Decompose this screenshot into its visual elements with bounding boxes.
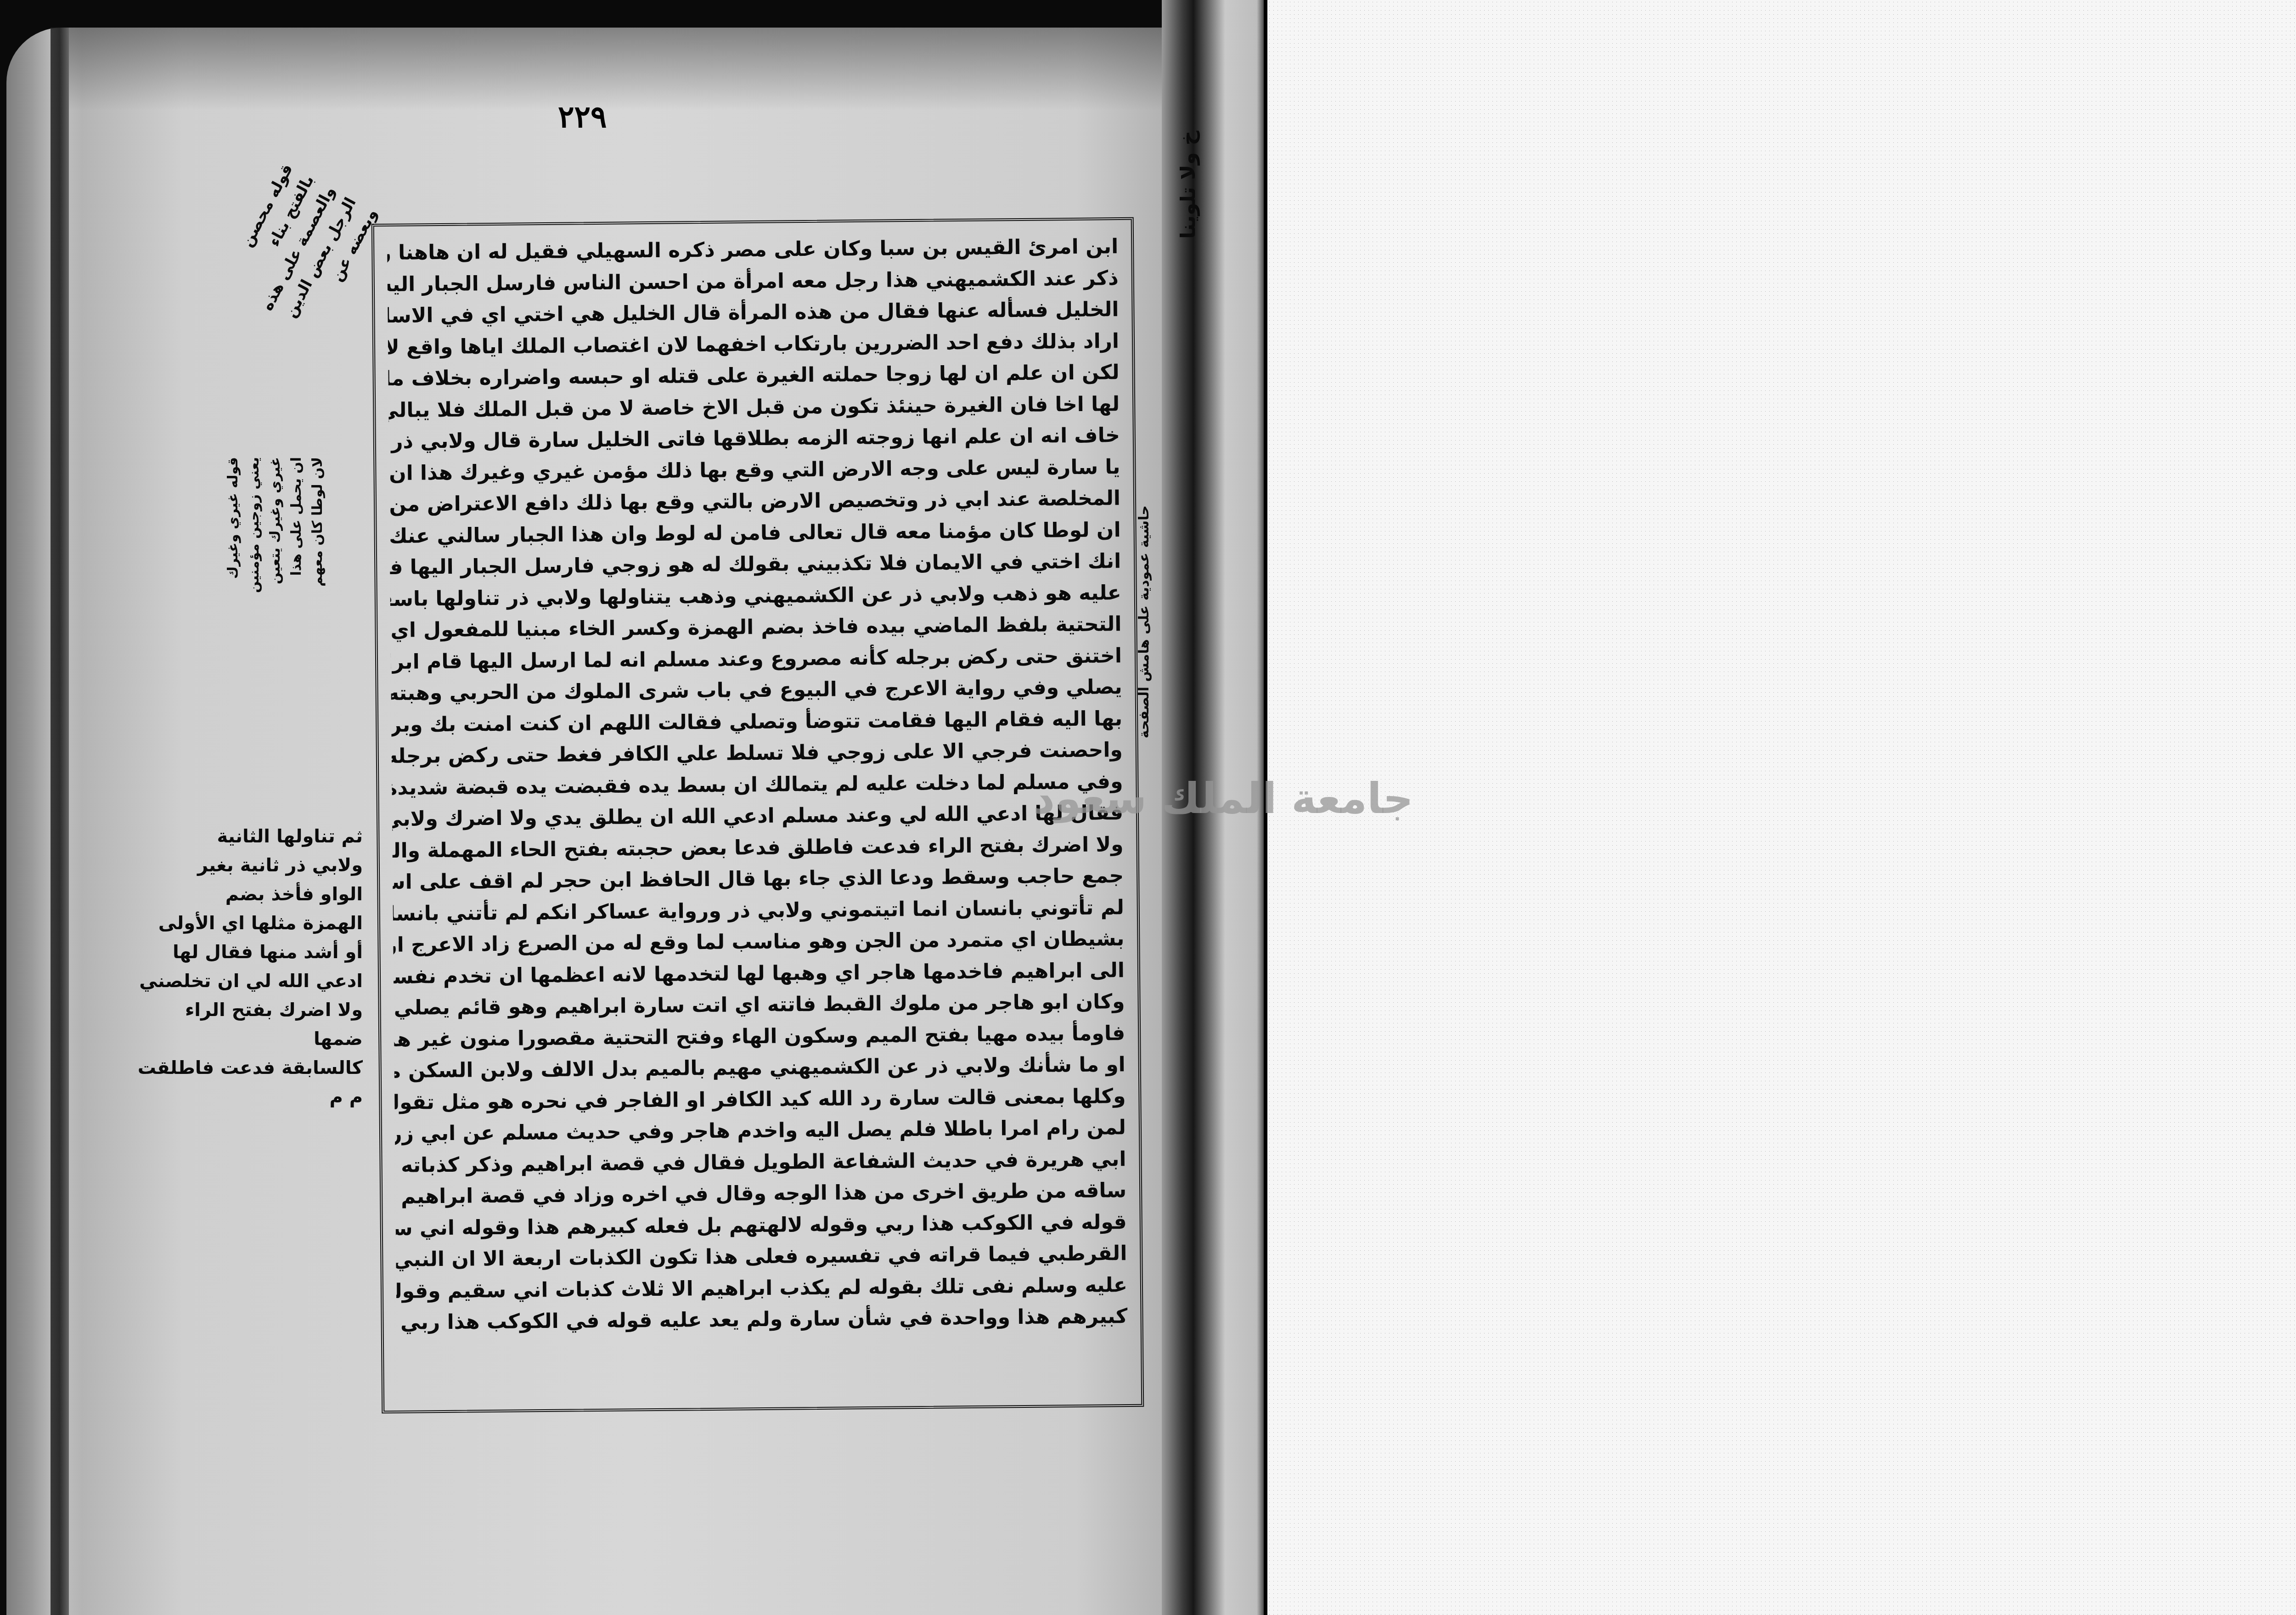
marginal-note-right-edge: حاشية عمودية على هامش الصفحة xyxy=(1134,505,1154,1378)
note-text: ولا تلوينا xyxy=(1176,152,1200,239)
text-line: كبيرهم هذا وواحدة في شأن سارة ولم يعد عل… xyxy=(396,1301,1128,1338)
note-line: أو أشد منها فقال لها xyxy=(133,938,363,967)
note-superscript: خ xyxy=(1176,130,1200,145)
page-number: ٢٢٩ xyxy=(558,99,607,135)
note-line: الواو فأخذ بضم xyxy=(133,880,363,909)
text-line: القرطبي فيما قراته في تفسيره فعلى هذا تك… xyxy=(396,1238,1127,1276)
blank-right-page xyxy=(1267,0,2296,1615)
marginal-note-top-right: خ ولا تلوينا xyxy=(1176,130,1201,239)
text-line: ولا اضرك بفتح الراء فدعت فاطلق فدعا بعض … xyxy=(392,829,1124,867)
leaf-top-shade xyxy=(69,28,1263,110)
note-line: ان يحمل على هذا xyxy=(286,457,307,733)
leaf-fold-shadow xyxy=(51,28,69,1615)
text-line: اراد بذلك دفع احد الضررين بارتكاب اخفهما… xyxy=(388,326,1120,363)
note-line: ولا اضرك بفتح الراء ضمها xyxy=(133,996,363,1054)
main-text-body: ابن امرئ القيس بن سبا وكان على مصر ذكره … xyxy=(387,231,1128,1338)
main-text-frame: ابن امرئ القيس بن سبا وكان على مصر ذكره … xyxy=(371,217,1144,1413)
marginal-note-middle-left: قوله غيري وغيرك يعني زوجين مؤمنين غيري و… xyxy=(223,457,328,733)
text-line: وكان ابو هاجر من ملوك القبط فاتته اي اتت… xyxy=(394,986,1125,1024)
note-line: قوله غيري وغيرك xyxy=(223,457,244,733)
note-line: ادعي الله لي ان تخلصني xyxy=(133,967,363,996)
text-line: بشيطان اي متمرد من الجن وهو مناسب لما وق… xyxy=(393,923,1125,961)
note-line: ولابي ذر ثانية بغير xyxy=(133,851,363,880)
note-line: ثم تناولها الثانية xyxy=(133,822,363,851)
text-line: التحتية بلفظ الماضي بيده فاخذ بضم الهمزة… xyxy=(390,609,1122,646)
marginal-note-lower-left: ثم تناولها الثانية ولابي ذر ثانية بغير ا… xyxy=(133,822,363,1112)
text-line: المخلصة عند ابي ذر وتخصيص الارض بالتي وق… xyxy=(389,483,1121,520)
note-line: كالسابقة فدعت فاطلقت م م xyxy=(133,1054,363,1112)
note-line: غيري وغيرك يتعين xyxy=(265,457,286,733)
note-line: لان لوطا كان معهم xyxy=(307,457,328,733)
library-watermark: جامعة الملك سعود xyxy=(1033,774,1413,823)
text-line: لمن رام امرا باطلا فلم يصل اليه واخدم ها… xyxy=(395,1112,1126,1150)
text-line: فقال لها ادعي الله لي وعند مسلم ادعي الل… xyxy=(392,797,1124,835)
note-line: الهمزة مثلها اي الأولى xyxy=(133,909,363,938)
text-line: اختنق حتى ركض برجله كأنه مصروع وعند مسلم… xyxy=(391,640,1122,678)
text-line: واحصنت فرجي الا على زوجي فلا تسلط علي ال… xyxy=(392,734,1123,772)
note-line: يعني زوجين مؤمنين xyxy=(244,457,265,733)
text-line: الخليل فسأله عنها فقال من هذه المرأة قال… xyxy=(388,294,1119,332)
text-line: ابن امرئ القيس بن سبا وكان على مصر ذكره … xyxy=(387,231,1119,269)
text-line: انك اختي في الايمان فلا تكذبيني بقولك له… xyxy=(390,546,1121,583)
text-line: خاف انه ان علم انها زوجته الزمه بطلاقها … xyxy=(389,420,1120,457)
text-line: ساقه من طريق اخرى من هذا الوجه وقال في ا… xyxy=(395,1175,1127,1213)
